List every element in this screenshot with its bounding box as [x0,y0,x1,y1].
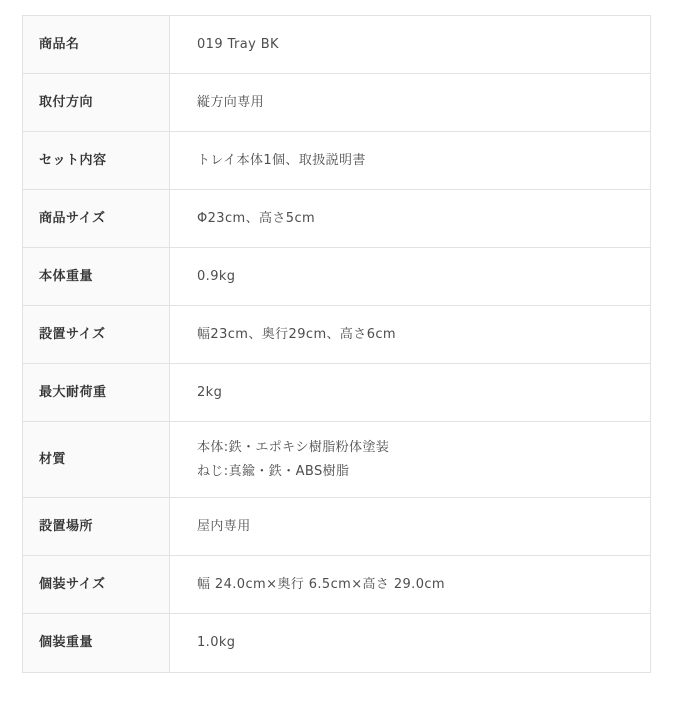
spec-value-cell: 縦方向専用 [170,74,650,131]
spec-value: Φ23cm、高さ5cm [197,207,315,231]
spec-label-cell: 商品サイズ [23,190,170,247]
spec-label-cell: 最大耐荷重 [23,364,170,421]
product-spec-table: 商品名 019 Tray BK 取付方向 縦方向専用 セット内容 トレイ本体1個… [22,15,651,673]
spec-label: 最大耐荷重 [39,383,107,403]
spec-label: 取付方向 [39,93,93,113]
spec-row-package-size: 個装サイズ 幅 24.0cm×奥行 6.5cm×高さ 29.0cm [23,556,650,614]
spec-row-install-size: 設置サイズ 幅23cm、奥行29cm、高さ6cm [23,306,650,364]
spec-value: 2kg [197,381,222,405]
spec-label-cell: 個装重量 [23,614,170,672]
spec-row-install-place: 設置場所 屋内専用 [23,498,650,556]
spec-value-cell: 0.9kg [170,248,650,305]
spec-value-cell: 1.0kg [170,614,650,672]
spec-row-max-load: 最大耐荷重 2kg [23,364,650,422]
spec-value-cell: 幅 24.0cm×奥行 6.5cm×高さ 29.0cm [170,556,650,613]
spec-row-package-weight: 個装重量 1.0kg [23,614,650,672]
spec-label: 設置場所 [39,517,93,537]
spec-row-set-contents: セット内容 トレイ本体1個、取扱説明書 [23,132,650,190]
spec-label-cell: 取付方向 [23,74,170,131]
spec-label: 個装サイズ [39,575,105,595]
spec-label-cell: 本体重量 [23,248,170,305]
product-spec-page: 商品名 019 Tray BK 取付方向 縦方向専用 セット内容 トレイ本体1個… [0,0,684,711]
spec-value-cell: 本体:鉄・エポキシ樹脂粉体塗装 ねじ:真鍮・鉄・ABS樹脂 [170,422,650,497]
spec-label-cell: 設置場所 [23,498,170,555]
spec-value: 1.0kg [197,631,235,655]
spec-value-cell: 幅23cm、奥行29cm、高さ6cm [170,306,650,363]
spec-value: トレイ本体1個、取扱説明書 [197,149,366,173]
spec-row-mount-direction: 取付方向 縦方向専用 [23,74,650,132]
spec-label: 個装重量 [39,633,93,653]
spec-label-cell: 個装サイズ [23,556,170,613]
spec-label: 商品サイズ [39,209,105,229]
spec-value: 幅23cm、奥行29cm、高さ6cm [197,323,396,347]
spec-label-cell: 材質 [23,422,170,497]
spec-row-material: 材質 本体:鉄・エポキシ樹脂粉体塗装 ねじ:真鍮・鉄・ABS樹脂 [23,422,650,498]
spec-label: 材質 [39,450,66,470]
spec-label-cell: セット内容 [23,132,170,189]
spec-label: セット内容 [39,151,107,171]
spec-label: 商品名 [39,35,80,55]
spec-value-cell: Φ23cm、高さ5cm [170,190,650,247]
spec-value: 0.9kg [197,265,235,289]
spec-value-cell: トレイ本体1個、取扱説明書 [170,132,650,189]
spec-label-cell: 設置サイズ [23,306,170,363]
spec-value: 縦方向専用 [197,91,264,115]
spec-value-cell: 2kg [170,364,650,421]
spec-value-cell: 屋内専用 [170,498,650,555]
spec-label: 本体重量 [39,267,93,287]
spec-value: 屋内専用 [197,515,251,539]
spec-value: 幅 24.0cm×奥行 6.5cm×高さ 29.0cm [197,573,445,597]
spec-row-body-weight: 本体重量 0.9kg [23,248,650,306]
spec-value: 本体:鉄・エポキシ樹脂粉体塗装 ねじ:真鍮・鉄・ABS樹脂 [197,436,389,484]
spec-label-cell: 商品名 [23,16,170,73]
spec-row-product-size: 商品サイズ Φ23cm、高さ5cm [23,190,650,248]
spec-value: 019 Tray BK [197,33,279,57]
spec-label: 設置サイズ [39,325,105,345]
spec-value-cell: 019 Tray BK [170,16,650,73]
spec-row-product-name: 商品名 019 Tray BK [23,16,650,74]
